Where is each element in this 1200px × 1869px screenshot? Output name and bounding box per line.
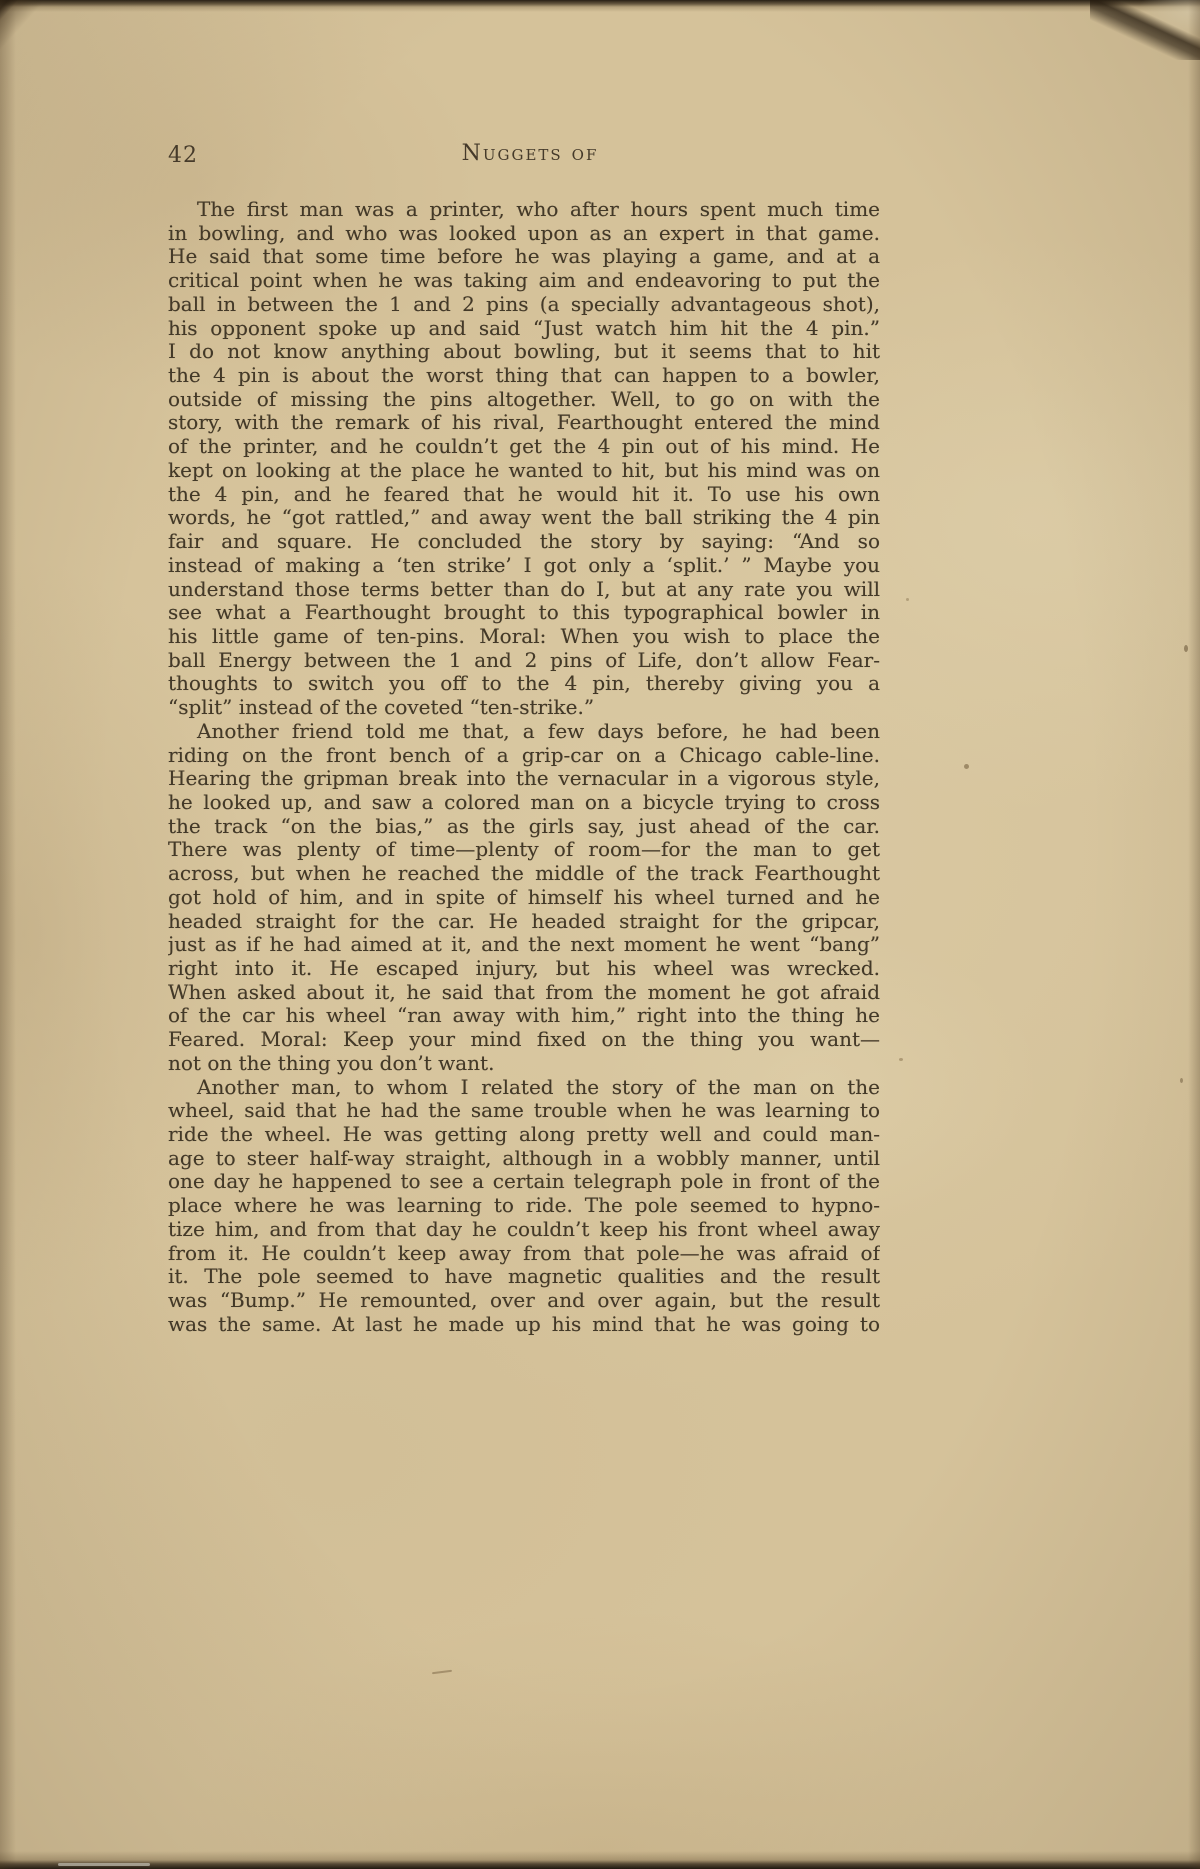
- text-line: critical point when he was taking aim an…: [168, 269, 880, 293]
- text-line: his little game of ten-pins. Moral: When…: [168, 625, 880, 649]
- paper-speck: [1184, 645, 1188, 652]
- paper-speck: [906, 598, 909, 601]
- text-line: riding on the front bench of a grip-car …: [168, 744, 880, 768]
- text-line: “split” instead of the coveted “ten-stri…: [168, 696, 880, 720]
- text-line: from it. He couldn’t keep away from that…: [168, 1242, 880, 1266]
- page-corner-top-right: [1090, 0, 1200, 60]
- text-line: outside of missing the pins altogether. …: [168, 388, 880, 412]
- text-line: ride the wheel. He was getting along pre…: [168, 1123, 880, 1147]
- text-line: Another man, to whom I related the story…: [168, 1076, 880, 1100]
- text-line: in bowling, and who was looked upon as a…: [168, 222, 880, 246]
- text-line: I do not know anything about bowling, bu…: [168, 340, 880, 364]
- text-line: right into it. He escaped injury, but hi…: [168, 957, 880, 981]
- text-line: words, he “got rattled,” and away went t…: [168, 506, 880, 530]
- paper-speck: [964, 764, 969, 769]
- paper-mark: [432, 1670, 452, 1674]
- text-line: wheel, said that he had the same trouble…: [168, 1099, 880, 1123]
- text-line: the track “on the bias,” as the girls sa…: [168, 815, 880, 839]
- text-line: one day he happened to see a certain tel…: [168, 1170, 880, 1194]
- text-line: his opponent spoke up and said “Just wat…: [168, 317, 880, 341]
- page-number: 42: [168, 143, 198, 168]
- paragraph: Another friend told me that, a few days …: [168, 720, 880, 1076]
- text-line: the 4 pin is about the worst thing that …: [168, 364, 880, 388]
- paragraph: Another man, to whom I related the story…: [168, 1076, 880, 1337]
- text-line: it. The pole seemed to have magnetic qua…: [168, 1265, 880, 1289]
- text-line: There was plenty of time—plenty of room—…: [168, 838, 880, 862]
- text-line: across, but when he reached the middle o…: [168, 862, 880, 886]
- page-body: The first man was a printer, who after h…: [168, 198, 880, 1337]
- text-line: thoughts to switch you off to the 4 pin,…: [168, 672, 880, 696]
- text-line: headed straight for the car. He headed s…: [168, 910, 880, 934]
- text-line: tize him, and from that day he couldn’t …: [168, 1218, 880, 1242]
- text-line: The first man was a printer, who after h…: [168, 198, 880, 222]
- text-line: place where he was learning to ride. The…: [168, 1194, 880, 1218]
- page-edge-bottom: [0, 1851, 1200, 1869]
- page-edge-left: [0, 0, 16, 1869]
- book-page-scan: 42 Nuggets of The first man was a printe…: [0, 0, 1200, 1869]
- text-line: instead of making a ‘ten strike’ I got o…: [168, 554, 880, 578]
- text-line: just as if he had aimed at it, and the n…: [168, 933, 880, 957]
- text-line: understand those terms better than do I,…: [168, 578, 880, 602]
- page-edge-top: [0, 0, 1200, 12]
- text-line: ball Energy between the 1 and 2 pins of …: [168, 649, 880, 673]
- text-line: of the printer, and he couldn’t get the …: [168, 435, 880, 459]
- page-edge-highlight: [58, 1863, 150, 1866]
- paper-speck: [1180, 1078, 1183, 1083]
- page-header: 42 Nuggets of: [0, 141, 1200, 171]
- text-line: got hold of him, and in spite of himself…: [168, 886, 880, 910]
- running-title: Nuggets of: [462, 141, 599, 166]
- text-line: Another friend told me that, a few days …: [168, 720, 880, 744]
- text-line: he looked up, and saw a colored man on a…: [168, 791, 880, 815]
- text-line: not on the thing you don’t want.: [168, 1052, 880, 1076]
- text-line: He said that some time before he was pla…: [168, 245, 880, 269]
- text-line: of the car his wheel “ran away with him,…: [168, 1004, 880, 1028]
- text-line: the 4 pin, and he feared that he would h…: [168, 483, 880, 507]
- paper-speck: [899, 1058, 903, 1061]
- text-line: age to steer half-way straight, although…: [168, 1147, 880, 1171]
- text-line: was “Bump.” He remounted, over and over …: [168, 1289, 880, 1313]
- text-line: ball in between the 1 and 2 pins (a spec…: [168, 293, 880, 317]
- paragraph: The first man was a printer, who after h…: [168, 198, 880, 720]
- text-line: Feared. Moral: Keep your mind fixed on t…: [168, 1028, 880, 1052]
- text-line: When asked about it, he said that from t…: [168, 981, 880, 1005]
- text-line: story, with the remark of his rival, Fea…: [168, 411, 880, 435]
- text-line: Hearing the gripman break into the verna…: [168, 767, 880, 791]
- page-edge-right: [1188, 0, 1200, 1869]
- text-line: see what a Fearthought brought to this t…: [168, 601, 880, 625]
- text-line: was the same. At last he made up his min…: [168, 1313, 880, 1337]
- text-line: fair and square. He concluded the story …: [168, 530, 880, 554]
- text-line: kept on looking at the place he wanted t…: [168, 459, 880, 483]
